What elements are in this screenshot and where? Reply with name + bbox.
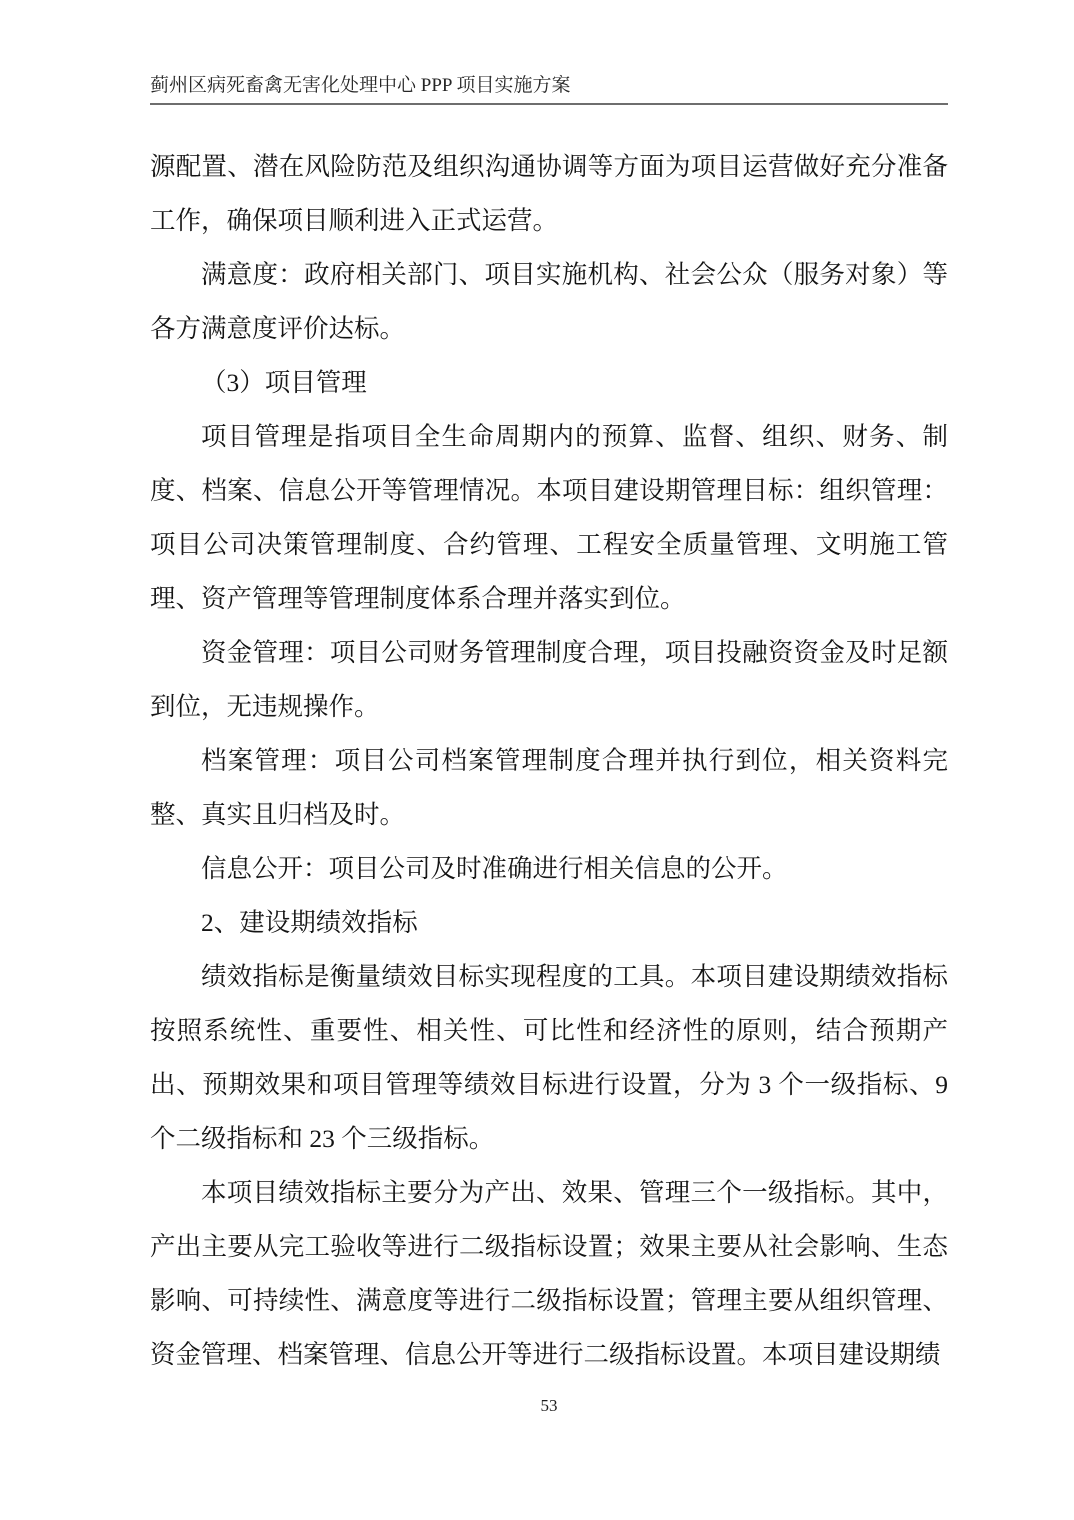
paragraph: 信息公开：项目公司及时准确进行相关信息的公开。	[150, 842, 948, 896]
paragraph: 本项目绩效指标主要分为产出、效果、管理三个一级指标。其中，产出主要从完工验收等进…	[150, 1166, 948, 1382]
paragraph: （3）项目管理	[150, 356, 948, 410]
page-header: 蓟州区病死畜禽无害化处理中心 PPP 项目实施方案	[150, 74, 948, 105]
paragraph: 资金管理：项目公司财务管理制度合理，项目投融资资金及时足额到位，无违规操作。	[150, 626, 948, 734]
paragraph: 绩效指标是衡量绩效目标实现程度的工具。本项目建设期绩效指标按照系统性、重要性、相…	[150, 950, 948, 1166]
document-body: 源配置、潜在风险防范及组织沟通协调等方面为项目运营做好充分准备工作，确保项目顺利…	[150, 140, 948, 1382]
paragraph: 档案管理：项目公司档案管理制度合理并执行到位，相关资料完整、真实且归档及时。	[150, 734, 948, 842]
paragraph: 满意度：政府相关部门、项目实施机构、社会公众（服务对象）等各方满意度评价达标。	[150, 248, 948, 356]
paragraph: 源配置、潜在风险防范及组织沟通协调等方面为项目运营做好充分准备工作，确保项目顺利…	[150, 140, 948, 248]
page-header-title: 蓟州区病死畜禽无害化处理中心 PPP 项目实施方案	[150, 75, 571, 96]
page-footer: 53	[150, 1396, 948, 1416]
paragraph: 2、建设期绩效指标	[150, 896, 948, 950]
paragraph: 项目管理是指项目全生命周期内的预算、监督、组织、财务、制度、档案、信息公开等管理…	[150, 410, 948, 626]
page-number: 53	[541, 1396, 558, 1415]
